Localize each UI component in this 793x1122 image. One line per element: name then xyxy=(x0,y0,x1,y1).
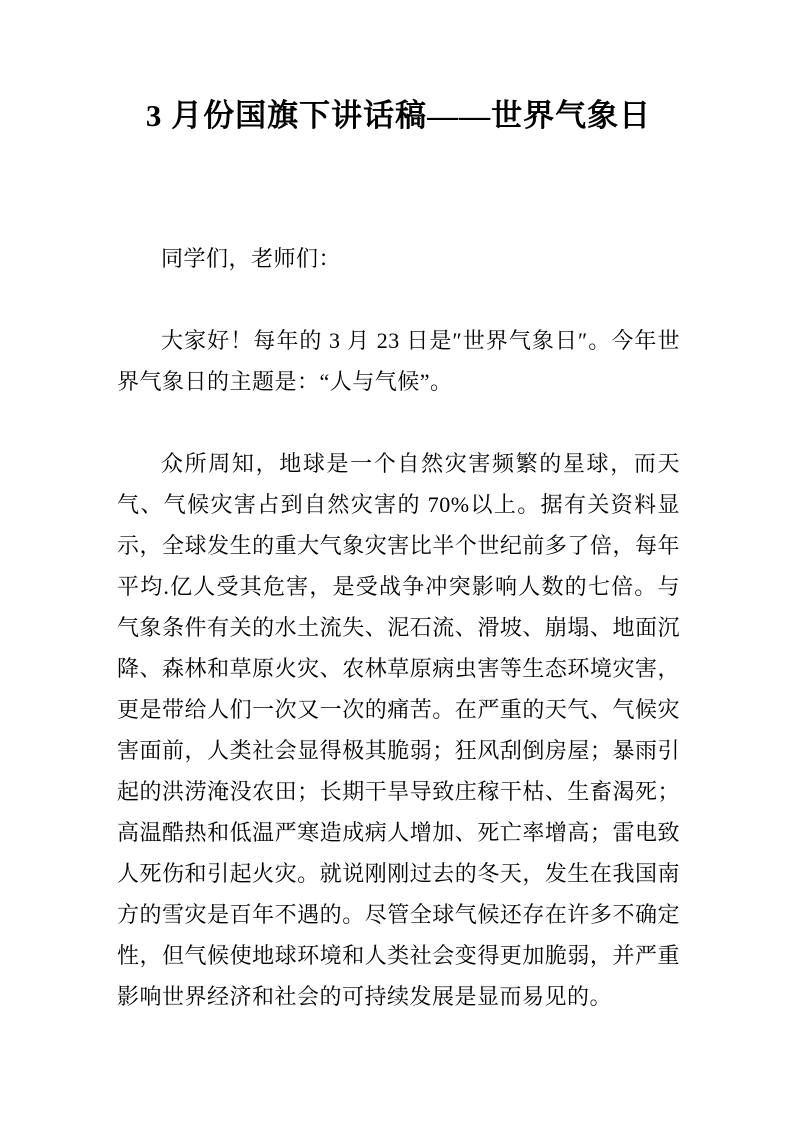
document-page: 3 月份国旗下讲话稿——世界气象日 同学们，老师们： 大家好！每年的 3 月 2… xyxy=(0,0,793,1122)
paragraph-body: 众所周知，地球是一个自然灾害频繁的星球，而天气、气候灾害占到自然灾害的 70%以… xyxy=(117,443,680,1017)
paragraph-salutation: 同学们，老师们： xyxy=(117,238,680,279)
paragraph-intro: 大家好！每年的 3 月 23 日是″世界气象日″。今年世界气象日的主题是：“人与… xyxy=(117,320,680,402)
page-title: 3 月份国旗下讲话稿——世界气象日 xyxy=(117,92,680,140)
